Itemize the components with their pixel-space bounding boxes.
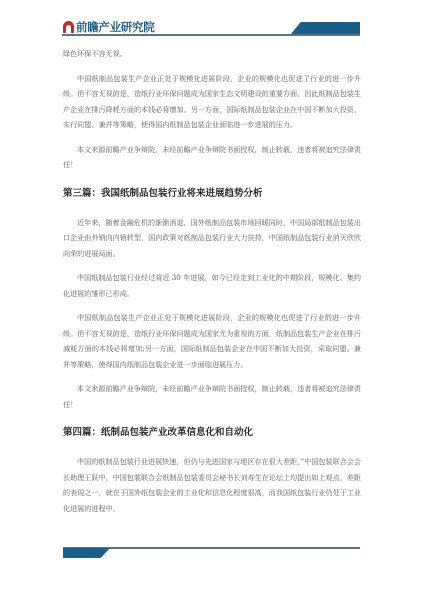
header-accent-tab	[291, 22, 360, 34]
section-heading: 第三篇：我国纸制品包装行业将来进展趋势分析	[63, 187, 361, 201]
section-heading: 第四篇：纸制品包装产业改革信息化和自动化	[63, 426, 361, 440]
footer-accent-tab	[63, 548, 110, 558]
paragraph: 中国纸制品包装生产企业正处于规模化进展阶段，企业的规模化也促进了行业的进一步升级…	[63, 71, 361, 133]
paragraph: 中国的纸制品包装行业进展快速，但仍与先进国家与地区存在很大差距，”中国包装联合会…	[63, 454, 361, 516]
header-divider	[62, 34, 360, 36]
paragraph: 中国纸制品包装生产企业正处于规模化进展阶段，企业的规模化也促进了行业的进一步升级…	[63, 310, 361, 372]
paragraph: 近年来，随着金融危机的渐渐消退，国外纸制品包装市场回暖同时，中国局部纸制品包装出…	[63, 215, 361, 262]
paragraph: 绿色环保不容无视。	[63, 46, 361, 62]
paragraph: 中国纸制品包装行业经过将近 30 年进展，如今已经走到工业化的中期阶段，规模化、…	[63, 270, 361, 301]
paragraph: 本文来源前瞻产业争辩院，未经前瞻产业争辩院书面授权，制止转载，违者将被追究法律责…	[63, 381, 361, 412]
logo-text: 前瞻产业研究院	[76, 19, 154, 35]
paragraph: 本文来源前瞻产业争辩院，未经前瞻产业争辩院书面授权，制止转载，违者将被追究法律责…	[63, 142, 361, 173]
header-logo: 前瞻产业研究院	[63, 20, 154, 34]
document-body: 绿色环保不容无视。 中国纸制品包装生产企业正处于规模化进展阶段，企业的规模化也促…	[63, 46, 361, 516]
logo-icon	[63, 21, 74, 33]
